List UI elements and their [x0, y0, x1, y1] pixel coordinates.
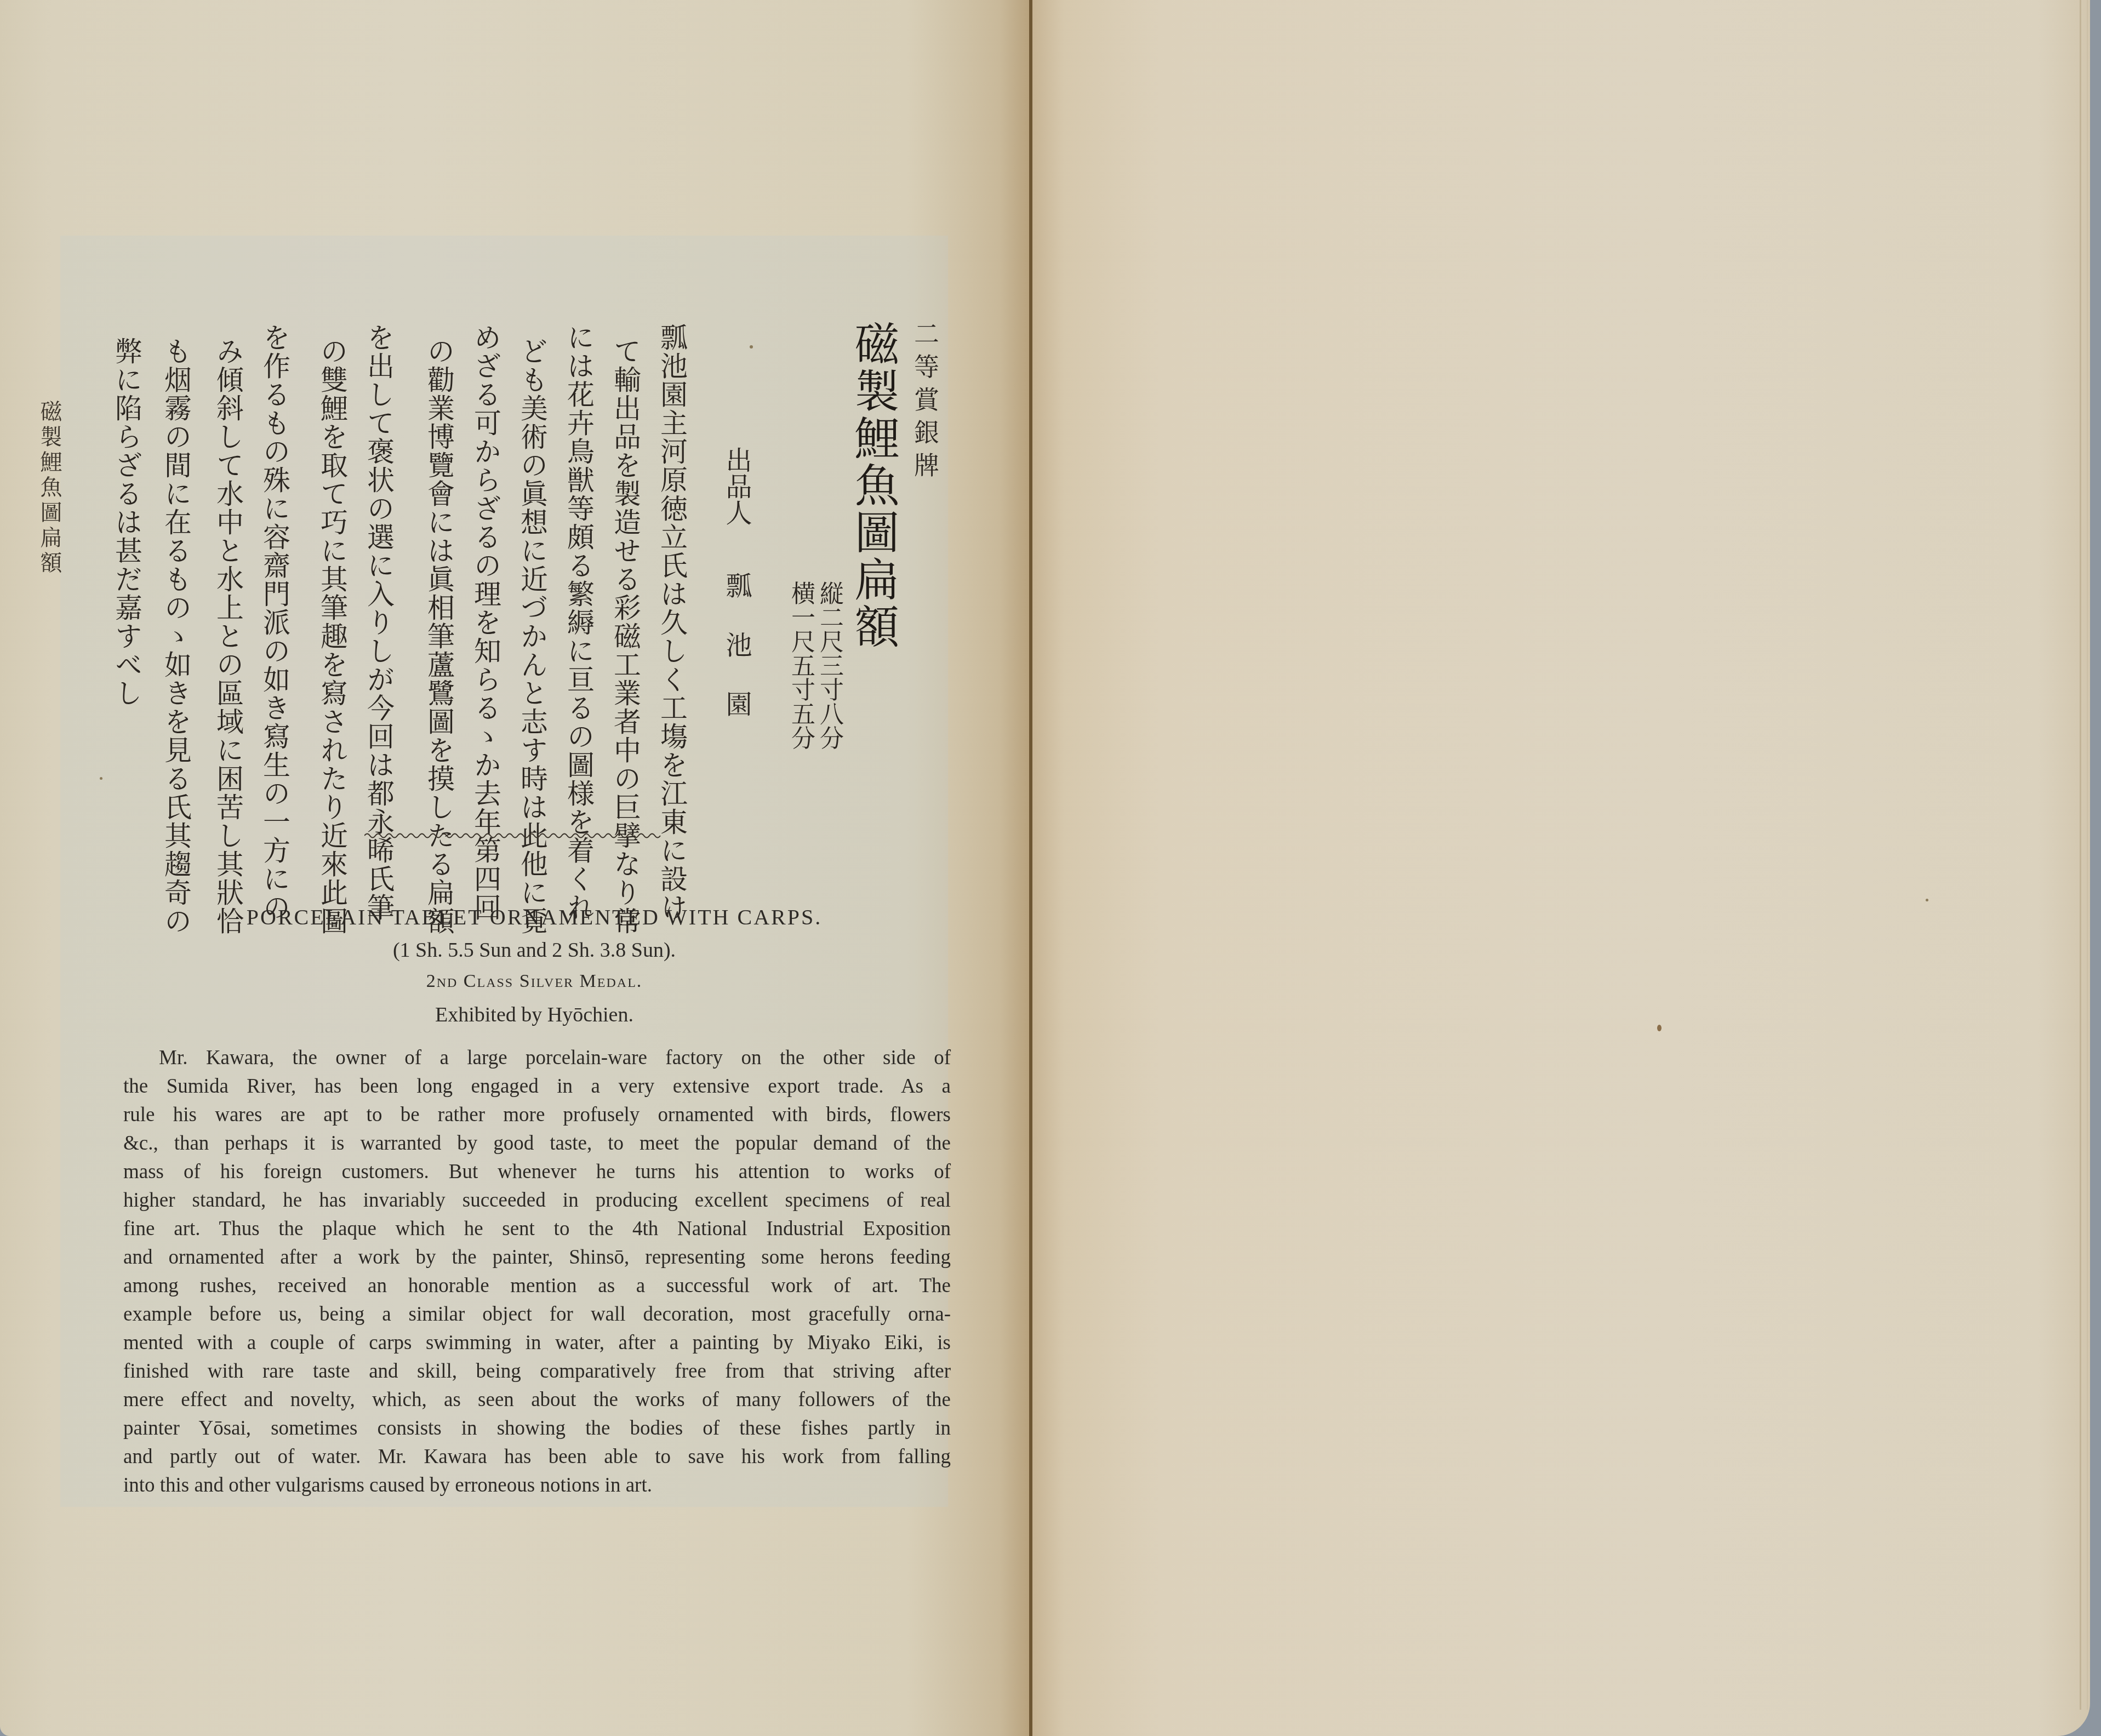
english-body: Mr. Kawara, the owner of a large porcela…	[123, 1044, 951, 1500]
paper-speck	[1926, 899, 1928, 901]
body-line: mere effect and novelty, which, as seen …	[123, 1386, 951, 1414]
jp-body-column: の勸業博覽會には眞相筆蘆鷺圖を摸したる扁額	[419, 337, 459, 935]
japanese-title: 磁製鯉魚圖扁額	[841, 321, 905, 650]
dimension-width: 横一尺五寸五分	[787, 581, 815, 750]
body-line: painter Yōsai, sometimes consists in sho…	[123, 1414, 951, 1443]
english-medal: 2nd Class Silver Medal.	[121, 971, 948, 992]
body-line: higher standard, he has invariably succe…	[123, 1186, 951, 1215]
body-line: and ornamented after a work by the paint…	[123, 1243, 951, 1272]
body-line: mented with a couple of carps swimming i…	[123, 1329, 951, 1357]
body-line: finished with rare taste and skill, bein…	[123, 1357, 951, 1386]
body-line: Mr. Kawara, the owner of a large porcela…	[123, 1044, 951, 1072]
body-line: into this and other vulgarisms caused by…	[123, 1471, 951, 1500]
wavy-divider	[364, 832, 693, 840]
english-title: PORCELAIN TABLET ORNAMENTED WITH CARPS.	[121, 904, 948, 930]
page-edge	[2080, 0, 2088, 1710]
jp-body-column: を作るもの殊に容齋門派の如き寫生の一方にの	[255, 323, 294, 922]
body-line: among rushes, received an honorable ment…	[123, 1272, 951, 1300]
exhibitor-label: 出品人	[718, 447, 756, 526]
ink-speck	[100, 777, 102, 780]
exhibitor-name: 瓢池園	[718, 572, 756, 750]
left-page: 磁製鯉魚圖扁額 二等賞銀牌 磁製鯉魚圖扁額 縦二尺三寸八分 横一尺五寸五分 出品…	[0, 0, 1030, 1736]
body-line: the Sumida River, has been long engaged …	[123, 1072, 951, 1101]
jp-body-column: も烟霧の間に在るものゝ如きを見る氏其趨奇の	[156, 337, 196, 935]
body-line: fine art. Thus the plaque which he sent …	[123, 1215, 951, 1243]
exhibitor-block: 出品人 瓢池園	[718, 447, 756, 750]
jp-body-column: ども美術の眞想に近づかんと志す時は此他に覔	[512, 337, 552, 935]
dimension-height: 縦二尺三寸八分	[815, 581, 843, 750]
paper-speck	[1657, 1025, 1662, 1031]
right-page-blank	[1032, 0, 2090, 1736]
award-label: 二等賞銀牌	[907, 321, 943, 485]
ink-speck	[750, 345, 753, 349]
jp-body-column: 弊に陷らざるは甚だ嘉すべし	[107, 337, 146, 707]
jp-body-column: み傾斜して水中と水上との區域に困苦し其狀恰	[208, 337, 248, 935]
body-line: rule his wares are apt to be rather more…	[123, 1101, 951, 1129]
body-line: &c., than perhaps it is warranted by goo…	[123, 1129, 951, 1158]
body-line: example before us, being a similar objec…	[123, 1300, 951, 1329]
english-exhibitor: Exhibited by Hyōchien.	[121, 1003, 948, 1027]
running-head: 磁製鯉魚圖扁額	[34, 400, 65, 576]
english-dimensions: (1 Sh. 5.5 Sun and 2 Sh. 3.8 Sun).	[121, 938, 948, 962]
jp-body-column: て輸出品を製造せる彩磁工業者中の巨擘なり常	[606, 337, 645, 935]
body-line: mass of his foreign customers. But whene…	[123, 1158, 951, 1186]
body-line: and partly out of water. Mr. Kawara has …	[123, 1443, 951, 1471]
jp-body-column: の雙鯉を取て巧に其筆趣を寫されたり近來此圖	[312, 337, 352, 935]
dimensions-jp: 縦二尺三寸八分 横一尺五寸五分	[786, 581, 843, 750]
book-spread: 磁製鯉魚圖扁額 二等賞銀牌 磁製鯉魚圖扁額 縦二尺三寸八分 横一尺五寸五分 出品…	[0, 0, 2101, 1736]
